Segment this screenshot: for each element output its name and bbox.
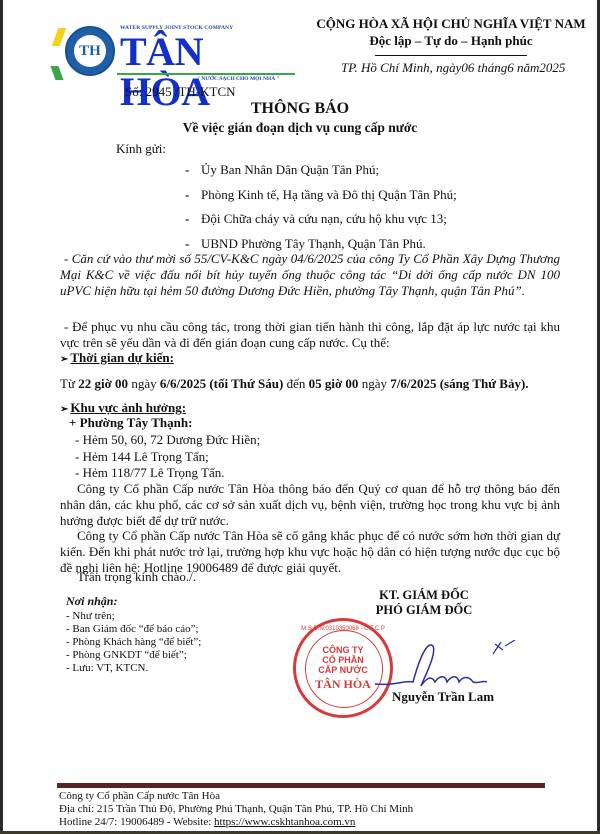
- date-line: TP. Hồ Chí Minh, ngày06 tháng6 năm2025: [341, 60, 565, 76]
- dash-bullet: [185, 186, 201, 203]
- ward-name: + Phường Tây Thạnh:: [69, 415, 192, 431]
- receivers-heading: Nơi nhận:: [66, 594, 201, 609]
- affected-streets: - Hẻm 50, 60, 72 Dương Đức Hiền; - Hẻm 1…: [75, 432, 260, 482]
- signer-name: Nguyễn Trần Lam: [358, 689, 528, 705]
- recipient-item: Đội Chữa cháy và cứu nạn, cứu hộ khu vực…: [185, 210, 457, 235]
- document-footer: Công ty Cổ phần Cấp nước Tân Hòa Địa chỉ…: [59, 790, 413, 829]
- footer-contact: Hotline 24/7: 19006489 - Website: https:…: [59, 816, 413, 829]
- logo-underline: [117, 73, 295, 75]
- closing-line: Trân trọng kính chào./.: [77, 569, 196, 585]
- logo-leaf-green: [50, 66, 63, 80]
- paragraph-notice: Công ty Cổ phần Cấp nước Tân Hòa thông b…: [60, 481, 560, 529]
- header-divider: [375, 55, 527, 56]
- logo-emblem-icon: TH: [65, 26, 115, 76]
- start-time: 22 giờ 00: [78, 376, 128, 391]
- end-date: 7/6/2025 (sáng Thứ Bảy).: [390, 376, 528, 391]
- paragraph-basis: - Căn cứ vào thư mời số 55/CV-K&C ngày 0…: [60, 251, 560, 299]
- receiver-item: - Ban Giám đốc “để báo cáo”;: [66, 623, 201, 636]
- logo-leaf-yellow: [52, 28, 67, 46]
- outage-timeline: Từ 22 giờ 00 ngày 6/6/2025 (tối Thứ Sáu)…: [60, 376, 529, 392]
- dash-bullet: [185, 235, 201, 252]
- dash-bullet: [185, 161, 201, 178]
- signature-title: KT. GIÁM ĐỐC PHÓ GIÁM ĐỐC: [339, 588, 509, 618]
- section-area-heading: ➢Khu vực ảnh hưởng:: [60, 400, 186, 416]
- national-title: CỘNG HÒA XÃ HỘI CHỦ NGHĨA VIỆT NAM: [306, 16, 596, 32]
- recipients-list: Ủy Ban Nhân Dân Quận Tân Phú; Phòng Kinh…: [185, 161, 457, 259]
- greeting: Kính gửi:: [116, 141, 166, 157]
- section-time-heading: ➢Thời gian dự kiến:: [60, 350, 174, 366]
- street-item: - Hẻm 144 Lê Trọng Tấn;: [75, 449, 260, 466]
- receiver-item: - Như trên;: [66, 610, 201, 623]
- national-header: CỘNG HÒA XÃ HỘI CHỦ NGHĨA VIỆT NAM Độc l…: [306, 16, 596, 56]
- arrow-bullet-icon: ➢: [60, 354, 68, 365]
- logo-emblem-initials: TH: [74, 35, 106, 67]
- street-item: - Hẻm 118/77 Lê Trọng Tấn.: [75, 465, 260, 482]
- receiver-item: - Phòng Khách hàng “để biết”;: [66, 636, 201, 649]
- street-item: - Hẻm 50, 60, 72 Dương Đức Hiền;: [75, 432, 260, 449]
- company-logo: TH WATER SUPPLY JOINT STOCK COMPANY TÂN …: [47, 22, 297, 84]
- footer-address: Địa chỉ: 215 Trần Thủ Độ, Phường Phú Thạ…: [59, 803, 413, 816]
- receiver-item: - Lưu: VT, KTCN.: [66, 662, 201, 675]
- arrow-bullet-icon: ➢: [60, 404, 68, 415]
- dash-bullet: [185, 210, 201, 227]
- document-page: TH WATER SUPPLY JOINT STOCK COMPANY TÂN …: [3, 0, 597, 831]
- recipient-item: Ủy Ban Nhân Dân Quận Tân Phú;: [185, 161, 457, 186]
- footer-company: Công ty Cổ phần Cấp nước Tân Hòa: [59, 790, 413, 803]
- stamp-code: M.S.D.N:0310350068 - C.T.C.P: [296, 626, 390, 632]
- recipient-item: Phòng Kinh tế, Hạ tầng và Đô thị Quận Tâ…: [185, 186, 457, 211]
- website-link[interactable]: https://www.cskhtanhoa.com.vn: [214, 816, 355, 828]
- document-title: THÔNG BÁO: [3, 100, 597, 118]
- paragraph-purpose: - Để phục vụ nhu cầu công tác, trong thờ…: [60, 319, 560, 351]
- receivers-block: Nơi nhận: - Như trên; - Ban Giám đốc “để…: [66, 594, 201, 675]
- receiver-item: - Phòng GNKDT “để biết”;: [66, 649, 201, 662]
- national-motto: Độc lập – Tự do – Hạnh phúc: [306, 33, 596, 49]
- company-slogan: " NƯỚC SẠCH CHO MỌI NHÀ ": [197, 76, 280, 82]
- start-date: 6/6/2025 (tối Thứ Sáu): [160, 376, 284, 391]
- document-number: Số: 2945 /TH-KTCN: [125, 84, 236, 100]
- footer-divider: [57, 783, 545, 788]
- document-subtitle: Về việc gián đoạn dịch vụ cung cấp nước: [3, 120, 597, 136]
- end-time: 05 giờ 00: [309, 376, 359, 391]
